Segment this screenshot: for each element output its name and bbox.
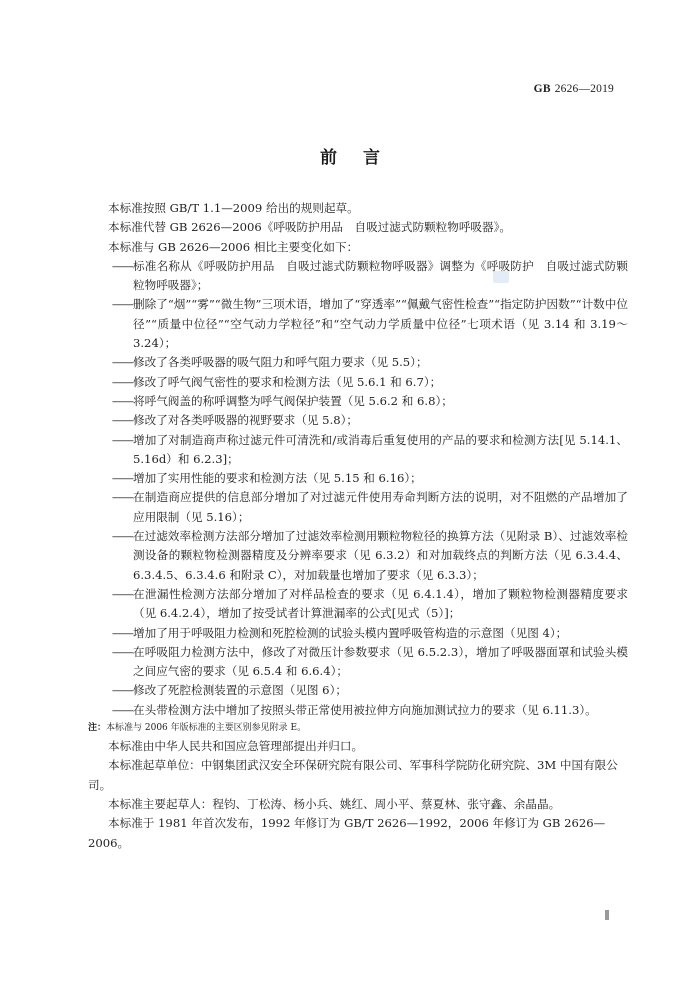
dash-bullet: —— bbox=[88, 431, 133, 470]
closing-paragraph: 本标准于 1981 年首次发布，1992 年修订为 GB/T 2626—1992… bbox=[88, 814, 628, 853]
change-text: 修改了呼气阀气密性的要求和检测方法（见 5.6.1 和 6.7）； bbox=[133, 373, 628, 392]
change-text: 在过滤效率检测方法部分增加了过滤效率检测用颗粒物粒径的换算方法（见附录 B）、过… bbox=[133, 527, 628, 585]
intro-paragraph: 本标准按照 GB/T 1.1—2009 给出的规则起草。 bbox=[88, 199, 628, 218]
standard-number: 2626—2019 bbox=[555, 83, 614, 95]
dash-bullet: —— bbox=[88, 701, 133, 720]
change-text: 增加了对制造商声称过滤元件可清洗和/或消毒后重复使用的产品的要求和检测方法[见 … bbox=[133, 431, 628, 470]
change-item: ——修改了死腔检测装置的示意图（见图 6）； bbox=[88, 681, 628, 700]
standard-code: GB2626—2019 bbox=[534, 83, 614, 95]
dash-bullet: —— bbox=[88, 527, 133, 585]
intro-paragraph: 本标准代替 GB 2626—2006《呼吸防护用品 自吸过滤式防颗粒物呼吸器》。 bbox=[88, 218, 628, 237]
change-text: 在制造商应提供的信息部分增加了对过滤元件使用寿命判断方法的说明，对不阻燃的产品增… bbox=[133, 488, 628, 527]
dash-bullet: —— bbox=[88, 488, 133, 527]
change-item: ——将呼气阀盖的称呼调整为呼气阀保护装置（见 5.6.2 和 6.8）； bbox=[88, 392, 628, 411]
change-item: ——删除了“烟”“雾”“微生物”三项术语，增加了“穿透率”“佩戴气密性检查”“指… bbox=[88, 295, 628, 353]
intro-paragraph: 本标准与 GB 2626—2006 相比主要变化如下： bbox=[88, 238, 628, 257]
change-text: 修改了各类呼吸器的吸气阻力和呼气阻力要求（见 5.5）； bbox=[133, 353, 628, 372]
change-item: ——在过滤效率检测方法部分增加了过滤效率检测用颗粒物粒径的换算方法（见附录 B）… bbox=[88, 527, 628, 585]
change-text: 删除了“烟”“雾”“微生物”三项术语，增加了“穿透率”“佩戴气密性检查”“指定防… bbox=[133, 295, 628, 353]
change-item: ——增加了实用性能的要求和检测方法（见 5.15 和 6.16）； bbox=[88, 469, 628, 488]
change-text: 标准名称从《呼吸防护用品 自吸过滤式防颗粒物呼吸器》调整为《呼吸防护 自吸过滤式… bbox=[133, 257, 628, 296]
dash-bullet: —— bbox=[88, 411, 133, 430]
change-item: ——增加了用于呼吸阻力检测和死腔检测的试验头模内置呼吸管构造的示意图（见图 4）… bbox=[88, 624, 628, 643]
change-text: 在头带检测方法中增加了按照头带正常使用被拉伸方向施加测试拉力的要求（见 6.11… bbox=[133, 701, 628, 720]
change-text: 增加了实用性能的要求和检测方法（见 5.15 和 6.16）； bbox=[133, 469, 628, 488]
closing-paragraph: 本标准由中华人民共和国应急管理部提出并归口。 bbox=[88, 737, 628, 756]
closing-paragraph: 本标准起草单位：中钢集团武汉安全环保研究院有限公司、军事科学院防化研究院、3M … bbox=[88, 756, 628, 795]
change-item: ——标准名称从《呼吸防护用品 自吸过滤式防颗粒物呼吸器》调整为《呼吸防护 自吸过… bbox=[88, 257, 628, 296]
change-item: ——增加了对制造商声称过滤元件可清洗和/或消毒后重复使用的产品的要求和检测方法[… bbox=[88, 431, 628, 470]
dash-bullet: —— bbox=[88, 624, 133, 643]
dash-bullet: —— bbox=[88, 469, 133, 488]
note-label: 注： bbox=[88, 723, 106, 733]
page-title: 前言 bbox=[0, 143, 700, 168]
change-item: ——修改了对各类呼吸器的视野要求（见 5.8）； bbox=[88, 411, 628, 430]
change-text: 增加了用于呼吸阻力检测和死腔检测的试验头模内置呼吸管构造的示意图（见图 4）； bbox=[133, 624, 628, 643]
standard-prefix: GB bbox=[534, 83, 551, 95]
change-text: 将呼气阀盖的称呼调整为呼气阀保护装置（见 5.6.2 和 6.8）； bbox=[133, 392, 628, 411]
dash-bullet: —— bbox=[88, 295, 133, 353]
change-text: 在呼吸阻力检测方法中，修改了对微压计参数要求（见 6.5.2.3），增加了呼吸器… bbox=[133, 643, 628, 682]
change-item: ——在头带检测方法中增加了按照头带正常使用被拉伸方向施加测试拉力的要求（见 6.… bbox=[88, 701, 628, 720]
dash-bullet: —— bbox=[88, 585, 133, 624]
dash-bullet: —— bbox=[88, 681, 133, 700]
note: 注：本标准与 2006 年版标准的主要区别参见附录 E。 bbox=[88, 720, 628, 737]
dash-bullet: —— bbox=[88, 373, 133, 392]
change-item: ——在呼吸阻力检测方法中，修改了对微压计参数要求（见 6.5.2.3），增加了呼… bbox=[88, 643, 628, 682]
dash-bullet: —— bbox=[88, 257, 133, 296]
dash-bullet: —— bbox=[88, 643, 133, 682]
change-text: 修改了对各类呼吸器的视野要求（见 5.8）； bbox=[133, 411, 628, 430]
change-item: ——修改了各类呼吸器的吸气阻力和呼气阻力要求（见 5.5）； bbox=[88, 353, 628, 372]
page-number-mark bbox=[605, 910, 609, 920]
change-item: ——在制造商应提供的信息部分增加了对过滤元件使用寿命判断方法的说明，对不阻燃的产… bbox=[88, 488, 628, 527]
note-text: 本标准与 2006 年版标准的主要区别参见附录 E。 bbox=[106, 723, 306, 733]
change-text: 在泄漏性检测方法部分增加了对样品检查的要求（见 6.4.1.4），增加了颗粒物检… bbox=[133, 585, 628, 624]
closing-paragraph: 本标准主要起草人：程钧、丁松涛、杨小兵、姚红、周小平、蔡夏林、张守鑫、余晶晶。 bbox=[88, 795, 628, 814]
change-item: ——修改了呼气阀气密性的要求和检测方法（见 5.6.1 和 6.7）； bbox=[88, 373, 628, 392]
change-text: 修改了死腔检测装置的示意图（见图 6）； bbox=[133, 681, 628, 700]
change-item: ——在泄漏性检测方法部分增加了对样品检查的要求（见 6.4.1.4），增加了颗粒… bbox=[88, 585, 628, 624]
foreword-body: 本标准按照 GB/T 1.1—2009 给出的规则起草。 本标准代替 GB 26… bbox=[88, 199, 628, 853]
dash-bullet: —— bbox=[88, 353, 133, 372]
dash-bullet: —— bbox=[88, 392, 133, 411]
